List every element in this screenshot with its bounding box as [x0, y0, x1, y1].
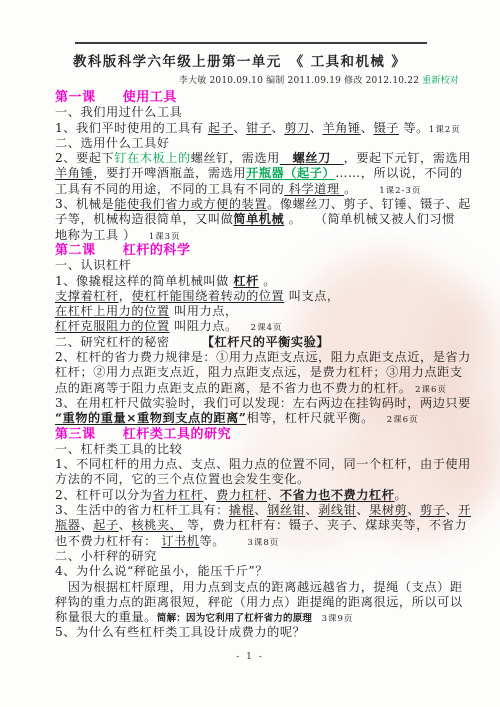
header-rule — [75, 42, 427, 44]
text-line: 瓶器、起子、核桃夹、 等，费力杠杆有：镊子、夹子、煤球夹等，不省力 — [55, 518, 461, 533]
text-line: 4、为什么说“秤砣虽小，能压千斤”？ — [55, 564, 461, 579]
text-line: 二、研究杠杆的秘密 【杠杆尺的平衡实验】 — [55, 335, 461, 350]
document-page: 教科版科学六年级上册第一单元 《 工具和机械 》 李大敏 2010.09.10 … — [0, 0, 500, 707]
document-lines: 第一课 使用工具一、我们用过什么工具1、我们平时使用的工具有 起子、钳子、剪刀、… — [55, 90, 461, 641]
text-line: 3、机械是能使我们省力或方便的装置。像螺丝刀、剪子、钉锤、镊子、起 — [55, 197, 461, 212]
text-line: 秤钩的重力点的距离很短，秤砣（用力点）距提绳的距离很远，所以可以 — [55, 595, 461, 610]
text-line: 1、像撬棍这样的简单机械叫做 杠杆 。 — [55, 274, 461, 289]
text-line: “重物的重量×重物到支点的距离”相等，杠杆尺就平衡。 2课6页 — [55, 411, 461, 426]
section-heading: 第三课 杠杆类工具的研究 — [55, 427, 461, 442]
text-line: 1、我们平时使用的工具有 起子、钳子、剪刀、羊角锤、镊子 等。1课2页 — [55, 121, 461, 136]
text-line: 一、我们用过什么工具 — [55, 105, 461, 120]
section-heading: 第二课 杠杆的科学 — [55, 243, 461, 258]
text-line: 1、不同杠杆的用力点、支点、阻力点的位置不同，同一个杠杆，由于使用 — [55, 457, 461, 472]
text-line: 方法的不同，它的三个点位置也会发生变化。 — [55, 472, 461, 487]
text-line: 称量很大的重量。简解：因为它利用了杠杆省力的原理 3课9页 — [55, 610, 461, 625]
text-line: 羊角锤，要打开啤酒瓶盖，需选用开瓶器（起子）……，所以说，不同的 — [55, 166, 461, 181]
text-line: 子等，机械构造很简单，又叫做简单机械 。 （简单机械又被人们习惯 — [55, 212, 461, 227]
text-line: 点的距离等于阻力点距支点的距离，是不省力也不费力的杠杆。 2课6页 — [55, 381, 461, 396]
section-heading: 第一课 使用工具 — [55, 90, 461, 105]
text-line: 二、小杆秤的研究 — [55, 549, 461, 564]
text-line: 支撑着杠杆，使杠杆能围绕着转动的位置 叫支点， — [55, 289, 461, 304]
text-line: 工具有不同的用途，不同的工具有不同的 科学道理 。 1课2-3页 — [55, 182, 461, 197]
text-line: 2、杠杆可以分为省力杠杆、费力杠杆、不省力也不费力杠杆。 — [55, 488, 461, 503]
text-line: 地称为工具 ） 1课3页 — [55, 228, 461, 243]
text-line: 3、生活中的省力杠杆工具有：撬棍、钢丝钳、剥线钳、果树剪、剪子、开 — [55, 503, 461, 518]
text-line: 也不费力杠杆有： 订书机等。 3课8页 — [55, 534, 461, 549]
text-line: 一、杠杆类工具的比较 — [55, 442, 461, 457]
text-line: 2、杠杆的省力费力规律是：①用力点距支点远，阻力点距支点近，是省力 — [55, 350, 461, 365]
byline: 李大敏 2010.09.10 编制 2011.09.19 修改 2012.10.… — [55, 75, 461, 90]
document-title: 教科版科学六年级上册第一单元 《 工具和机械 》 — [55, 52, 461, 75]
text-line: 杠杆克服阻力的位置 叫阻力点。 2课4页 — [55, 319, 461, 334]
byline-text: 李大敏 2010.09.10 编制 2011.09.19 修改 2012.10.… — [179, 76, 422, 86]
text-line: 一、认识杠杆 — [55, 258, 461, 273]
text-line: 杠杆；②用力点距支点近，阻力点距支点远，是费力杠杆；③用力点距支 — [55, 365, 461, 380]
text-line: 2、要起下钉在木板上的螺丝钉，需选用 螺丝刀 ，要起下元钉，需选用 — [55, 151, 461, 166]
text-line: 3、在用杠杆尺做实验时，我们可以发现：左右两边在挂钩码时，两边只要 — [55, 396, 461, 411]
document-content: 教科版科学六年级上册第一单元 《 工具和机械 》 李大敏 2010.09.10 … — [55, 52, 461, 641]
page-number: - 1 - — [0, 652, 500, 662]
text-line: 因为根据杠杆原理，用力点到支点的距离越远越省力，提绳（支点）距 — [55, 580, 461, 595]
byline-corrected-note: 重新校对 — [422, 76, 459, 86]
text-line: 二、选用什么工具好 — [55, 136, 461, 151]
document-title-text: 教科版科学六年级上册第一单元 《 工具和机械 》 — [73, 54, 406, 70]
text-line: 在杠杆上用力的位置 叫用力点， — [55, 304, 461, 319]
text-line: 5、为什么有些杠杆类工具设计成费力的呢？ — [55, 625, 461, 640]
